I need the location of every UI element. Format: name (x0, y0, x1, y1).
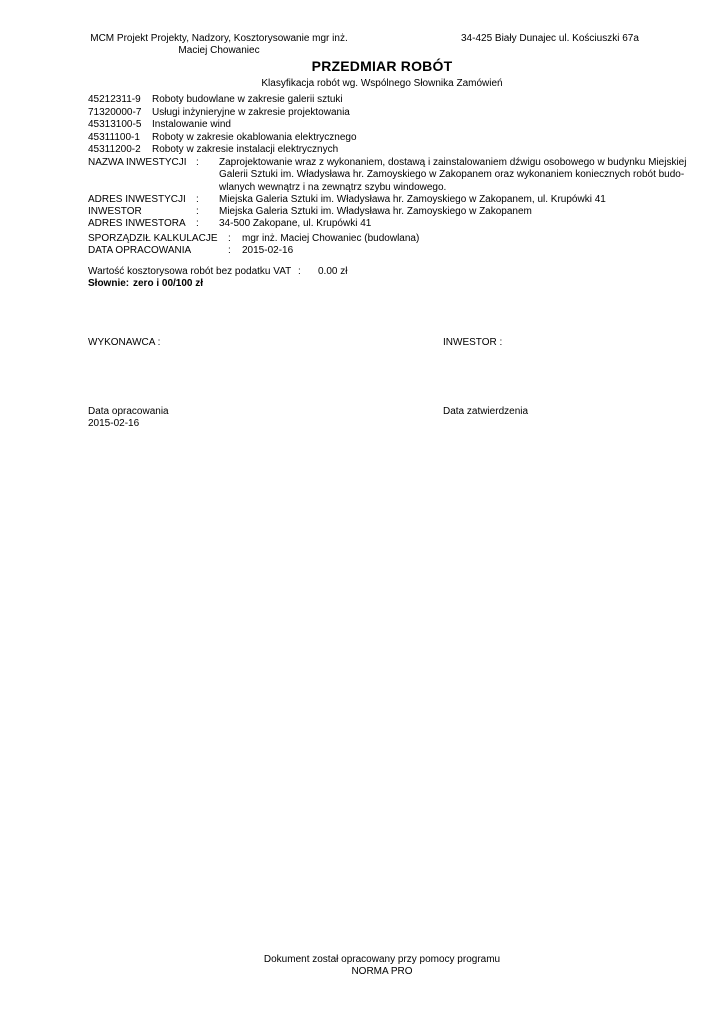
cpv-row: 45311100-1 Roboty w zakresie okablowania… (88, 132, 648, 145)
cpv-code: 45311100-1 (88, 132, 152, 145)
cpv-description: Usługi inżynieryjne w zakresie projektow… (152, 107, 648, 120)
investment-name-row: NAZWA INWESTYCJI : Zaprojektowanie wraz … (88, 157, 688, 194)
cpv-row: 71320000-7 Usługi inżynieryjne w zakresi… (88, 107, 648, 120)
cpv-row: 45313100-5 Instalowanie wind (88, 119, 648, 132)
cpv-description: Roboty budowlane w zakresie galerii sztu… (152, 94, 648, 107)
contractor-signature-label: WYKONAWCA : (88, 337, 160, 349)
investment-name-value: Zaprojektowanie wraz z wykonaniem, dosta… (219, 157, 688, 194)
net-value-row: Wartość kosztorysowa robót bez podatku V… (88, 266, 548, 278)
in-words-label: Słownie: (88, 278, 133, 290)
company-address: 34-425 Biały Dunajec ul. Kościuszki 67a (461, 33, 639, 45)
calculation-author-info: SPORZĄDZIŁ KALKULACJE : mgr inż. Maciej … (88, 233, 688, 258)
field-label: ADRES INWESTYCJI (88, 194, 196, 206)
investor-address-row: ADRES INWESTORA : 34-500 Zakopane, ul. K… (88, 218, 688, 230)
author-row: SPORZĄDZIŁ KALKULACJE : mgr inż. Maciej … (88, 233, 688, 245)
valuation-section: Wartość kosztorysowa robót bez podatku V… (88, 266, 548, 291)
przedmiar-document-page: MCM Projekt Projekty, Nadzory, Kosztorys… (0, 0, 724, 1024)
investment-info: NAZWA INWESTYCJI : Zaprojektowanie wraz … (88, 157, 688, 231)
field-label: SPORZĄDZIŁ KALKULACJE (88, 233, 228, 245)
preparation-date: 2015-02-16 (88, 418, 169, 430)
cpv-code-list: 45212311-9 Roboty budowlane w zakresie g… (88, 94, 648, 157)
field-separator: : (196, 157, 219, 194)
preparation-date-label: Data opracowania (88, 406, 169, 418)
investment-address-value: Miejska Galeria Sztuki im. Władysława hr… (219, 194, 688, 206)
cpv-code: 45311200-2 (88, 144, 152, 157)
cpv-description: Roboty w zakresie instalacji elektryczny… (152, 144, 648, 157)
footer-program-note: Dokument został opracowany przy pomocy p… (88, 954, 676, 966)
preparation-date-block: Data opracowania 2015-02-16 (88, 406, 169, 430)
field-label: NAZWA INWESTYCJI (88, 157, 196, 194)
field-label: ADRES INWESTORA (88, 218, 196, 230)
cpv-row: 45212311-9 Roboty budowlane w zakresie g… (88, 94, 648, 107)
company-header: MCM Projekt Projekty, Nadzory, Kosztorys… (88, 33, 350, 58)
preparation-date-value: 2015-02-16 (242, 245, 688, 257)
cpv-code: 45212311-9 (88, 94, 152, 107)
amount-in-words-row: Słownie: zero i 00/100 zł (88, 278, 548, 290)
cpv-code: 71320000-7 (88, 107, 152, 120)
investor-address-value: 34-500 Zakopane, ul. Krupówki 41 (219, 218, 688, 230)
investor-signature-label: INWESTOR : (443, 337, 502, 349)
field-separator: : (196, 218, 219, 230)
investor-value: Miejska Galeria Sztuki im. Władysława hr… (219, 206, 688, 218)
net-value-amount: 0.00 zł (318, 266, 548, 278)
investment-address-row: ADRES INWESTYCJI : Miejska Galeria Sztuk… (88, 194, 688, 206)
field-separator: : (228, 245, 242, 257)
field-separator: : (298, 266, 318, 278)
approval-date-label: Data zatwierdzenia (443, 406, 528, 418)
cpv-code: 45313100-5 (88, 119, 152, 132)
company-person: Maciej Chowaniec (88, 45, 350, 57)
preparation-date-row: DATA OPRACOWANIA : 2015-02-16 (88, 245, 688, 257)
field-separator: : (196, 194, 219, 206)
footer-program-name: NORMA PRO (88, 966, 676, 978)
field-label: DATA OPRACOWANIA (88, 245, 228, 257)
company-name: MCM Projekt Projekty, Nadzory, Kosztorys… (88, 33, 350, 45)
cpv-classification-heading: Klasyfikacja robót wg. Wspólnego Słownik… (261, 78, 502, 89)
page-title: PRZEDMIAR ROBÓT (312, 58, 453, 74)
net-value-label: Wartość kosztorysowa robót bez podatku V… (88, 266, 298, 278)
field-separator: : (228, 233, 242, 245)
author-value: mgr inż. Maciej Chowaniec (budowlana) (242, 233, 688, 245)
document-footer: Dokument został opracowany przy pomocy p… (88, 954, 676, 978)
cpv-description: Instalowanie wind (152, 119, 648, 132)
investor-row: INWESTOR : Miejska Galeria Sztuki im. Wł… (88, 206, 688, 218)
in-words-value: zero i 00/100 zł (133, 278, 548, 290)
cpv-description: Roboty w zakresie okablowania elektryczn… (152, 132, 648, 145)
cpv-row: 45311200-2 Roboty w zakresie instalacji … (88, 144, 648, 157)
field-label: INWESTOR (88, 206, 196, 218)
field-separator: : (196, 206, 219, 218)
